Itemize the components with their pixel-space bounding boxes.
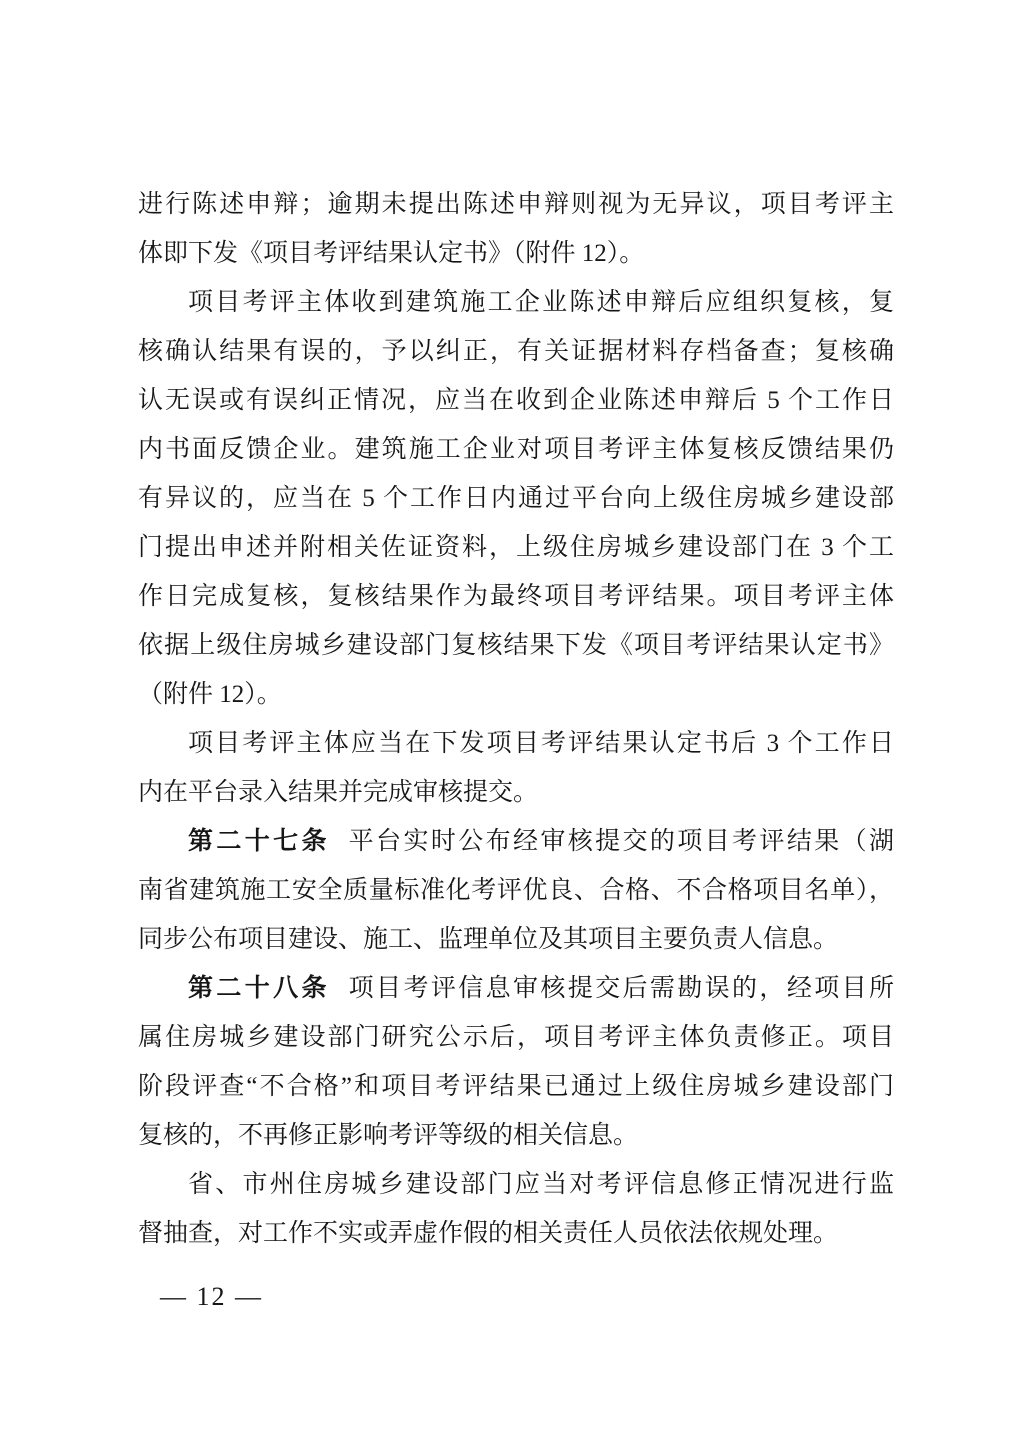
document-page: 进行陈述申辩；逾期未提出陈述申辩则视为无异议，项目考评主 体即下发《项目考评结果… xyxy=(0,0,1024,1448)
page-number-footer: — 12 — xyxy=(160,1272,263,1321)
text-line: 核确认结果有误的，予以纠正，有关证据材料存档备查；复核确 xyxy=(138,327,894,376)
article-28-number: 第二十八条 xyxy=(188,974,330,1002)
paragraph-article-28: 第二十八条项目考评信息审核提交后需勘误的，经项目所 属住房城乡建设部门研究公示后… xyxy=(138,964,894,1160)
text-line: 项目考评主体应当在下发项目考评结果认定书后 3 个工作日 xyxy=(138,719,894,768)
text-line: （附件 12）。 xyxy=(138,670,894,719)
paragraph-article-27: 第二十七条平台实时公布经审核提交的项目考评结果（湖 南省建筑施工安全质量标准化考… xyxy=(138,817,894,964)
page-body-text: 进行陈述申辩；逾期未提出陈述申辩则视为无异议，项目考评主 体即下发《项目考评结果… xyxy=(138,180,894,1258)
text-line: 南省建筑施工安全质量标准化考评优良、合格、不合格项目名单）， xyxy=(138,866,894,915)
text-line: 门提出申述并附相关佐证资料，上级住房城乡建设部门在 3 个工 xyxy=(138,523,894,572)
paragraph-result-entry: 项目考评主体应当在下发项目考评结果认定书后 3 个工作日 内在平台录入结果并完成… xyxy=(138,719,894,817)
text-line: 第二十八条项目考评信息审核提交后需勘误的，经项目所 xyxy=(138,964,894,1013)
text-line: 进行陈述申辩；逾期未提出陈述申辩则视为无异议，项目考评主 xyxy=(138,180,894,229)
text-line: 体即下发《项目考评结果认定书》（附件 12）。 xyxy=(138,229,894,278)
text-line: 阶段评查“不合格”和项目考评结果已通过上级住房城乡建设部门 xyxy=(138,1062,894,1111)
text-line: 督抽查，对工作不实或弄虚作假的相关责任人员依法依规处理。 xyxy=(138,1209,894,1258)
article-27-number: 第二十七条 xyxy=(188,827,330,855)
text-line: 作日完成复核，复核结果作为最终项目考评结果。项目考评主体 xyxy=(138,572,894,621)
text-line: 第二十七条平台实时公布经审核提交的项目考评结果（湖 xyxy=(138,817,894,866)
text-line: 省、市州住房城乡建设部门应当对考评信息修正情况进行监 xyxy=(138,1160,894,1209)
paragraph-continuation: 进行陈述申辩；逾期未提出陈述申辩则视为无异议，项目考评主 体即下发《项目考评结果… xyxy=(138,180,894,278)
text-line: 认无误或有误纠正情况，应当在收到企业陈述申辩后 5 个工作日 xyxy=(138,376,894,425)
text-line: 内在平台录入结果并完成审核提交。 xyxy=(138,768,894,817)
text-line: 依据上级住房城乡建设部门复核结果下发《项目考评结果认定书》 xyxy=(138,621,894,670)
text-line: 同步公布项目建设、施工、监理单位及其项目主要负责人信息。 xyxy=(138,915,894,964)
line-text: 项目考评信息审核提交后需勘误的，经项目所 xyxy=(349,975,894,1002)
paragraph-supervision: 省、市州住房城乡建设部门应当对考评信息修正情况进行监 督抽查，对工作不实或弄虚作… xyxy=(138,1160,894,1258)
text-line: 复核的，不再修正影响考评等级的相关信息。 xyxy=(138,1111,894,1160)
line-text: 平台实时公布经审核提交的项目考评结果（湖 xyxy=(349,828,894,855)
text-line: 有异议的，应当在 5 个工作日内通过平台向上级住房城乡建设部 xyxy=(138,474,894,523)
paragraph-review-process: 项目考评主体收到建筑施工企业陈述申辩后应组织复核，复 核确认结果有误的，予以纠正… xyxy=(138,278,894,719)
text-line: 内书面反馈企业。建筑施工企业对项目考评主体复核反馈结果仍 xyxy=(138,425,894,474)
text-line: 属住房城乡建设部门研究公示后，项目考评主体负责修正。项目 xyxy=(138,1013,894,1062)
text-line: 项目考评主体收到建筑施工企业陈述申辩后应组织复核，复 xyxy=(138,278,894,327)
